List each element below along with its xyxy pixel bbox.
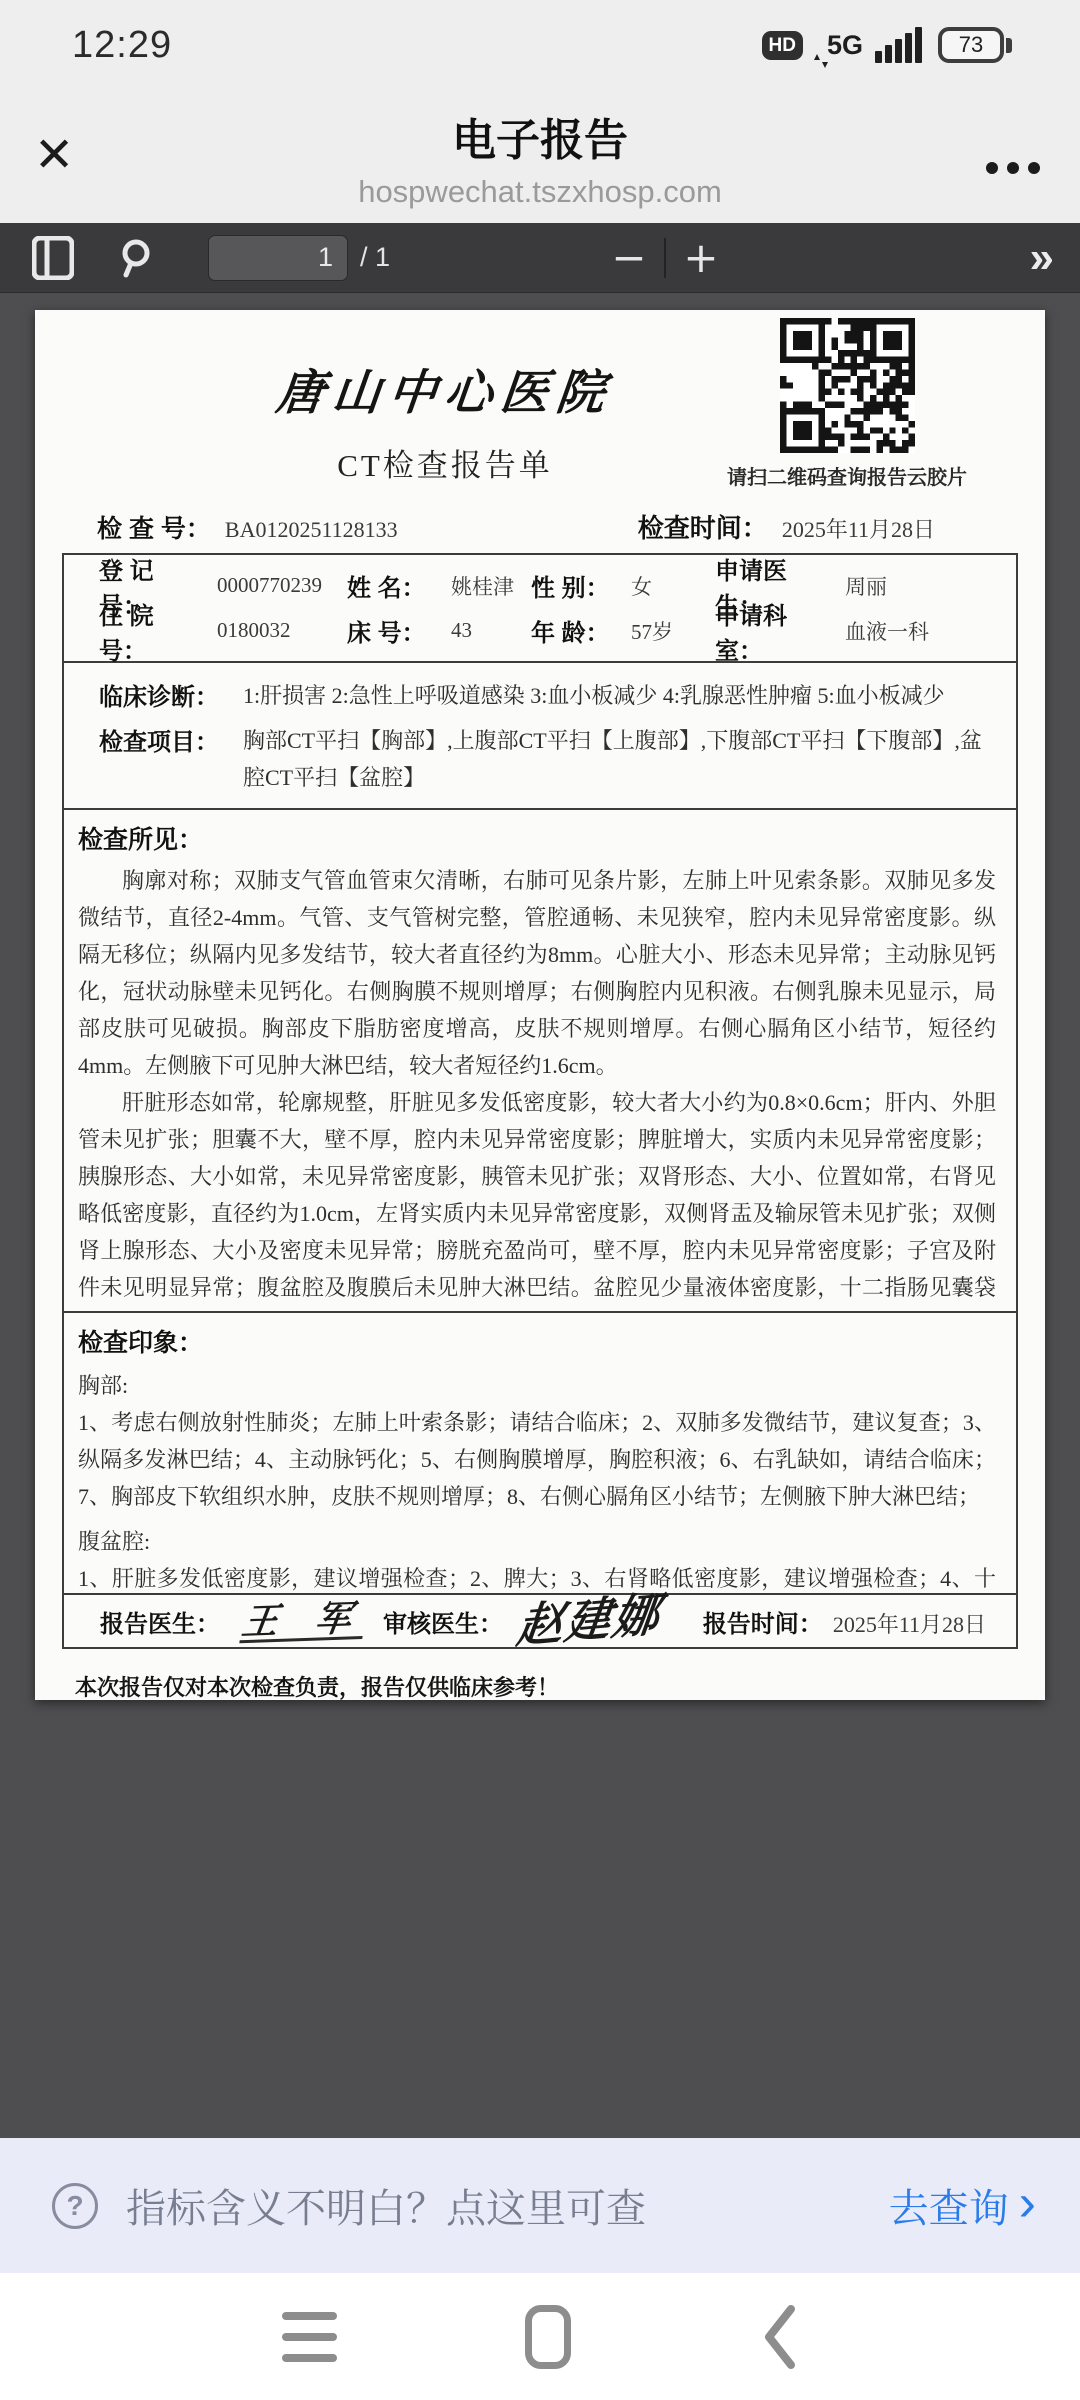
- exam-time-label: 检查时间：: [638, 508, 768, 545]
- more-menu-icon[interactable]: [986, 162, 1040, 174]
- impression-label: 检查印象：: [78, 1323, 996, 1359]
- battery-percent: 73: [938, 27, 1004, 63]
- browser-header: ✕ 电子报告 hospwechat.tszxhosp.com: [0, 74, 1080, 223]
- indicator-query-bar[interactable]: ? 指标含义不明白？点这里可查 去查询 ›: [0, 2138, 1080, 2273]
- findings-paragraph-chest: 胸廓对称；双肺支气管血管束欠清晰，右肺可见条片影，左肺上叶见索条影。双肺见多发微…: [78, 862, 996, 1084]
- patient-grid: 登 记 号：0000770239 姓 名：姚桂津 性 别：女 申请医生：周丽 住…: [64, 555, 1016, 655]
- field-admission-number: 住 院 号：0180032: [99, 608, 347, 653]
- review-doctor-label: 审核医生：: [383, 1604, 503, 1639]
- go-query-link[interactable]: 去查询 ›: [889, 2177, 1036, 2234]
- findings-paragraph-abdomen: 肝脏形态如常，轮廓规整，肝脏见多发低密度影，较大者大小约为0.8×0.6cm；肝…: [78, 1084, 996, 1313]
- exam-number-label: 检 查 号：: [97, 509, 211, 545]
- zoom-controls: − +: [606, 237, 724, 279]
- qr-block: 请扫二维码查询报告云胶片: [707, 318, 987, 490]
- toolbar-divider: [664, 238, 666, 278]
- review-doctor-signature: 赵建娜: [514, 1591, 663, 1650]
- clinical-diagnosis-row: 临床诊断： 1:肝损害 2:急性上呼吸道感染 3:血小板减少 4:乳腺恶性肿瘤 …: [64, 677, 1016, 714]
- exam-number-row: 检 查 号： BA0120251128133 检查时间： 2025年11月28日: [97, 508, 1015, 545]
- search-icon[interactable]: [118, 237, 158, 279]
- field-patient-name: 姓 名：姚桂津: [347, 563, 531, 608]
- findings-section: 检查所见： 胸廓对称；双肺支气管血管束欠清晰，右肺可见条片影，左肺上叶见索条影。…: [62, 808, 1018, 1313]
- report-page: 唐山中心医院 CT检查报告单 请扫二维码查询报告云胶片 检 查 号： BA012…: [35, 310, 1045, 1700]
- field-gender: 性 别：女: [531, 563, 715, 608]
- findings-label: 检查所见：: [78, 820, 996, 856]
- zoom-in-button[interactable]: +: [678, 237, 724, 279]
- chevron-right-icon: ›: [1019, 2177, 1036, 2229]
- battery-icon: 73: [938, 27, 1012, 63]
- network-type-indicator: 5G: [813, 32, 863, 59]
- back-icon[interactable]: [759, 2301, 799, 2373]
- report-time-group: 报告时间： 2025年11月28日: [703, 1604, 986, 1639]
- query-hint-text: 指标含义不明白？点这里可查: [126, 2177, 646, 2234]
- qr-code: [780, 318, 915, 453]
- battery-nub: [1006, 38, 1012, 53]
- clock: 12:29: [72, 24, 172, 67]
- report-time-value: 2025年11月28日: [833, 1608, 986, 1639]
- sidebar-toggle-icon[interactable]: [32, 236, 74, 280]
- page-url: hospwechat.tszxhosp.com: [0, 174, 1080, 210]
- screen: 12:29 HD 5G 73 ✕ 电子报告 hospwechat.tszxhos…: [0, 0, 1080, 2400]
- report-body: 登 记 号：0000770239 姓 名：姚桂津 性 别：女 申请医生：周丽 住…: [62, 553, 1018, 1649]
- report-header: 唐山中心医院 CT检查报告单 请扫二维码查询报告云胶片 检 查 号： BA012…: [35, 310, 1045, 555]
- impression-chest-text: 1、考虑右侧放射性肺炎；左肺上叶索条影；请结合临床；2、双肺多发微结节，建议复查…: [78, 1404, 996, 1515]
- report-doctor-label: 报告医生：: [100, 1604, 220, 1639]
- help-icon: ?: [52, 2183, 98, 2229]
- exam-items-row: 检查项目： 胸部CT平扫【胸部】,上腹部CT平扫【上腹部】,下腹部CT平扫【下腹…: [64, 722, 1016, 808]
- exam-items-value: 胸部CT平扫【胸部】,上腹部CT平扫【上腹部】,下腹部CT平扫【下腹部】,盆腔C…: [243, 722, 1016, 796]
- clinical-diagnosis-value: 1:肝损害 2:急性上呼吸道感染 3:血小板减少 4:乳腺恶性肿瘤 5:血小板减…: [243, 677, 1016, 714]
- field-age: 年 龄：57岁: [531, 608, 715, 653]
- patient-info-section: 登 记 号：0000770239 姓 名：姚桂津 性 别：女 申请医生：周丽 住…: [62, 553, 1018, 810]
- network-type-label: 5G: [827, 32, 863, 59]
- exam-time-value: 2025年11月28日: [782, 513, 935, 544]
- hd-volte-icon: HD: [762, 31, 803, 60]
- zoom-out-button[interactable]: −: [606, 237, 652, 279]
- home-icon[interactable]: [525, 2305, 571, 2369]
- status-icons: HD 5G 73: [762, 27, 1012, 63]
- signal-bars-icon: [875, 27, 922, 63]
- page-number-input[interactable]: [208, 235, 348, 281]
- status-bar: 12:29 HD 5G 73: [0, 0, 1080, 74]
- section-divider: [64, 661, 1016, 663]
- field-bed-number: 床 号：43: [347, 608, 531, 653]
- report-time-label: 报告时间：: [703, 1604, 823, 1639]
- pdf-viewer[interactable]: 唐山中心医院 CT检查报告单 请扫二维码查询报告云胶片 检 查 号： BA012…: [0, 293, 1080, 2138]
- report-doctor-signature: 王 军: [239, 1599, 367, 1643]
- go-query-label: 去查询: [889, 2177, 1009, 2234]
- toolbar-expand-icon[interactable]: »: [1030, 233, 1050, 283]
- recents-menu-icon[interactable]: [282, 2312, 337, 2362]
- impression-abdomen-text: 1、肝脏多发低密度影，建议增强检查；2、脾大；3、右肾略低密度影，建议增强检查；…: [78, 1560, 996, 1595]
- android-nav-bar: [0, 2273, 1080, 2400]
- clinical-diagnosis-label: 临床诊断：: [99, 677, 243, 714]
- impression-chest-label: 胸部:: [78, 1367, 996, 1404]
- page-title: 电子报告: [0, 104, 1080, 168]
- impression-abdomen-label: 腹盆腔:: [78, 1523, 996, 1560]
- exam-number-value: BA0120251128133: [225, 517, 398, 543]
- field-department: 申请科室：血液一科: [715, 608, 1016, 653]
- qr-caption: 请扫二维码查询报告云胶片: [707, 461, 987, 490]
- disclaimer-note: 本次报告仅对本次检查负责，报告仅供临床参考！: [75, 1671, 1045, 1702]
- pdf-toolbar: / 1 − + »: [0, 223, 1080, 293]
- signature-section: 报告医生： 王 军 审核医生： 赵建娜 报告时间： 2025年11月28日: [62, 1593, 1018, 1649]
- data-activity-icon: [813, 54, 831, 68]
- exam-time-group: 检查时间： 2025年11月28日: [638, 508, 935, 545]
- page-count-label: / 1: [360, 242, 390, 273]
- exam-items-label: 检查项目：: [99, 722, 243, 796]
- impression-section: 检查印象： 胸部: 1、考虑右侧放射性肺炎；左肺上叶索条影；请结合临床；2、双肺…: [62, 1311, 1018, 1595]
